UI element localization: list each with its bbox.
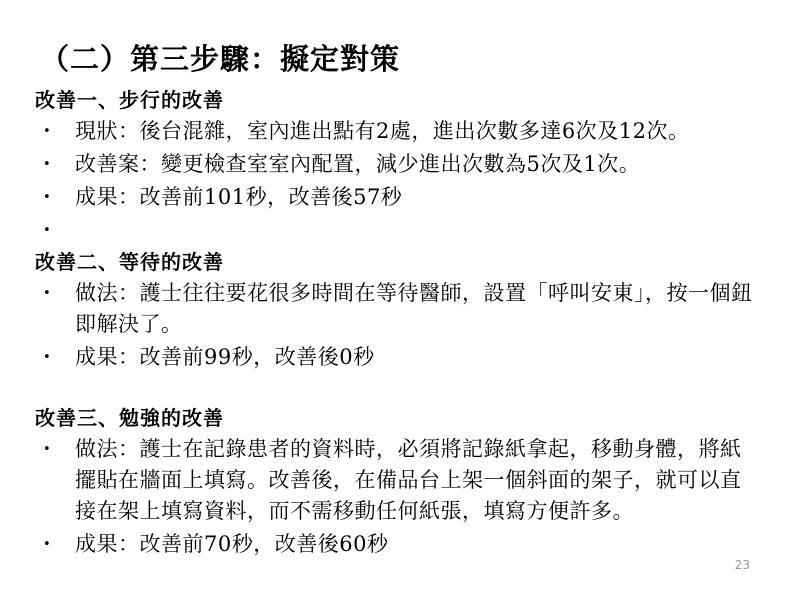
bullet-icon: • [40,278,75,309]
section-improvement-3: 改善三、勉強的改善 • 做法：護士在記錄患者的資料時，必須將記錄紙拿起，移動身體… [40,404,762,560]
bullet-text: 成果：改善前70秒，改善後60秒 [75,529,762,560]
presentation-slide: （二）第三步驟：擬定對策 改善一、步行的改善 • 現狀：後台混雜，室內進出點有2… [0,0,800,600]
section-improvement-2: 改善二、等待的改善 • 做法：護士往往要花很多時間在等待醫師，設置「呼叫安東」，… [40,248,762,373]
bullet-icon: • [40,529,75,560]
bullet-text: 成果：改善前101秒，改善後57秒 [75,182,762,213]
list-item: • 改善案：變更檢查室室內配置，減少進出次數為5次及1次。 [40,149,762,180]
page-number: 23 [735,558,750,572]
bullet-icon: • [40,342,75,373]
bullet-list: • 做法：護士往往要花很多時間在等待醫師，設置「呼叫安東」，按一個鈕即解決了。 … [40,278,762,373]
bullet-list: • 現狀：後台混雜，室內進出點有2處，進出次數多達6次及12次。 • 改善案：變… [40,116,762,246]
list-item: • 成果：改善前101秒，改善後57秒 [40,182,762,213]
slide-content: （二）第三步驟：擬定對策 改善一、步行的改善 • 現狀：後台混雜，室內進出點有2… [0,0,800,560]
list-item: • 做法：護士在記錄患者的資料時，必須將記錄紙拿起，移動身體，將紙擺貼在牆面上填… [40,434,762,527]
section-heading: 改善二、等待的改善 [35,248,762,276]
list-item: • 現狀：後台混雜，室內進出點有2處，進出次數多達6次及12次。 [40,116,762,147]
section-heading: 改善一、步行的改善 [35,86,762,114]
list-item: • 成果：改善前99秒，改善後0秒 [40,342,762,373]
bullet-list: • 做法：護士在記錄患者的資料時，必須將記錄紙拿起，移動身體，將紙擺貼在牆面上填… [40,434,762,560]
bullet-text: 做法：護士在記錄患者的資料時，必須將記錄紙拿起，移動身體，將紙擺貼在牆面上填寫。… [75,434,762,527]
bullet-text: 成果：改善前99秒，改善後0秒 [75,342,762,373]
bullet-text: 做法：護士往往要花很多時間在等待醫師，設置「呼叫安東」，按一個鈕即解決了。 [75,278,762,340]
bullet-text: 現狀：後台混雜，室內進出點有2處，進出次數多達6次及12次。 [75,116,762,147]
list-item: • 做法：護士往往要花很多時間在等待醫師，設置「呼叫安東」，按一個鈕即解決了。 [40,278,762,340]
list-item: • 成果：改善前70秒，改善後60秒 [40,529,762,560]
section-improvement-1: 改善一、步行的改善 • 現狀：後台混雜，室內進出點有2處，進出次數多達6次及12… [40,86,762,246]
slide-title: （二）第三步驟：擬定對策 [40,40,762,78]
bullet-icon: • [40,215,75,246]
bullet-icon: • [40,434,75,465]
bullet-text: 改善案：變更檢查室室內配置，減少進出次數為5次及1次。 [75,149,762,180]
bullet-icon: • [40,116,75,147]
section-heading: 改善三、勉強的改善 [35,404,762,432]
bullet-icon: • [40,182,75,213]
list-item-empty: • [40,215,762,246]
bullet-icon: • [40,149,75,180]
